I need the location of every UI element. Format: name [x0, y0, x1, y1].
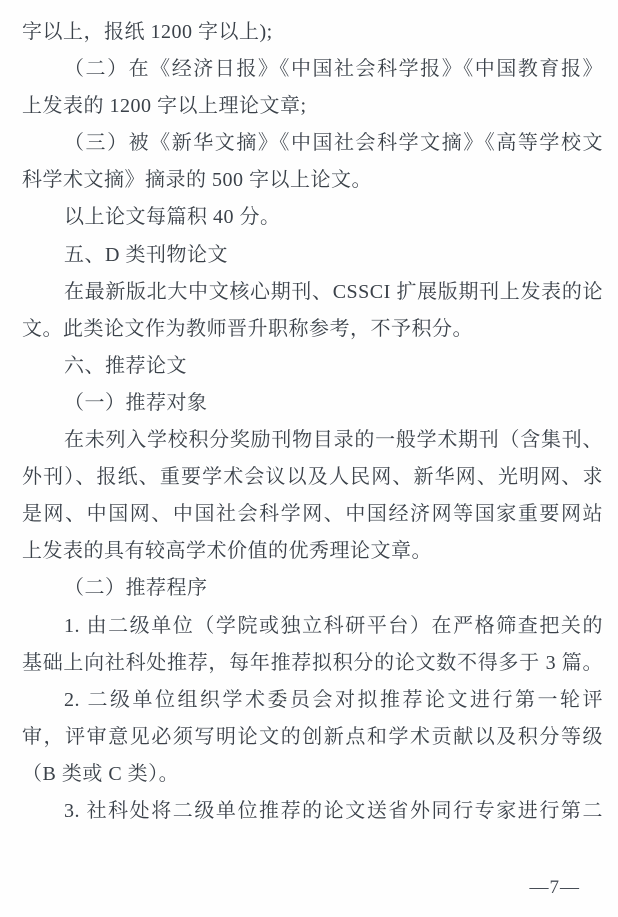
text-line-10: 六、推荐论文	[22, 348, 603, 385]
text-line-11: （一）推荐对象	[22, 385, 603, 422]
text-line-1: 字以上，报纸 1200 字以上);	[22, 14, 603, 51]
text-line-5: 科学术文摘》摘录的 500 字以上论文。	[22, 162, 603, 199]
text-line-13: 外刊）、报纸、重要学术会议以及人民网、新华网、光明网、求	[22, 459, 603, 496]
text-line-3: 上发表的 1200 字以上理论文章;	[22, 88, 603, 125]
text-line-18: 基础上向社科处推荐，每年推荐拟积分的论文数不得多于 3 篇。	[22, 645, 603, 682]
text-line-22: 3. 社科处将二级单位推荐的论文送省外同行专家进行第二	[22, 793, 603, 830]
text-line-8: 在最新版北大中文核心期刊、CSSCI 扩展版期刊上发表的论	[22, 274, 603, 311]
text-line-7: 五、D 类刊物论文	[22, 237, 603, 274]
page-number: —7—	[530, 877, 581, 899]
document-page: 字以上，报纸 1200 字以上); （二）在《经济日报》《中国社会科学报》《中国…	[0, 0, 618, 917]
text-line-15: 上发表的具有较高学术价值的优秀理论文章。	[22, 533, 603, 570]
text-line-2: （二）在《经济日报》《中国社会科学报》《中国教育报》	[22, 51, 603, 88]
text-line-12: 在未列入学校积分奖励刊物目录的一般学术期刊（含集刊、	[22, 422, 603, 459]
text-line-16: （二）推荐程序	[22, 570, 603, 607]
text-line-14: 是网、中国网、中国社会科学网、中国经济网等国家重要网站	[22, 496, 603, 533]
text-line-19: 2. 二级单位组织学术委员会对拟推荐论文进行第一轮评	[22, 682, 603, 719]
text-line-6: 以上论文每篇积 40 分。	[22, 199, 603, 236]
text-line-21: （B 类或 C 类）。	[22, 756, 603, 793]
text-line-17: 1. 由二级单位（学院或独立科研平台）在严格筛查把关的	[22, 608, 603, 645]
document-body: 字以上，报纸 1200 字以上); （二）在《经济日报》《中国社会科学报》《中国…	[22, 14, 603, 830]
text-line-4: （三）被《新华文摘》《中国社会科学文摘》《高等学校文	[22, 125, 603, 162]
text-line-9: 文。此类论文作为教师晋升职称参考，不予积分。	[22, 311, 603, 348]
text-line-20: 审，评审意见必须写明论文的创新点和学术贡献以及积分等级	[22, 719, 603, 756]
